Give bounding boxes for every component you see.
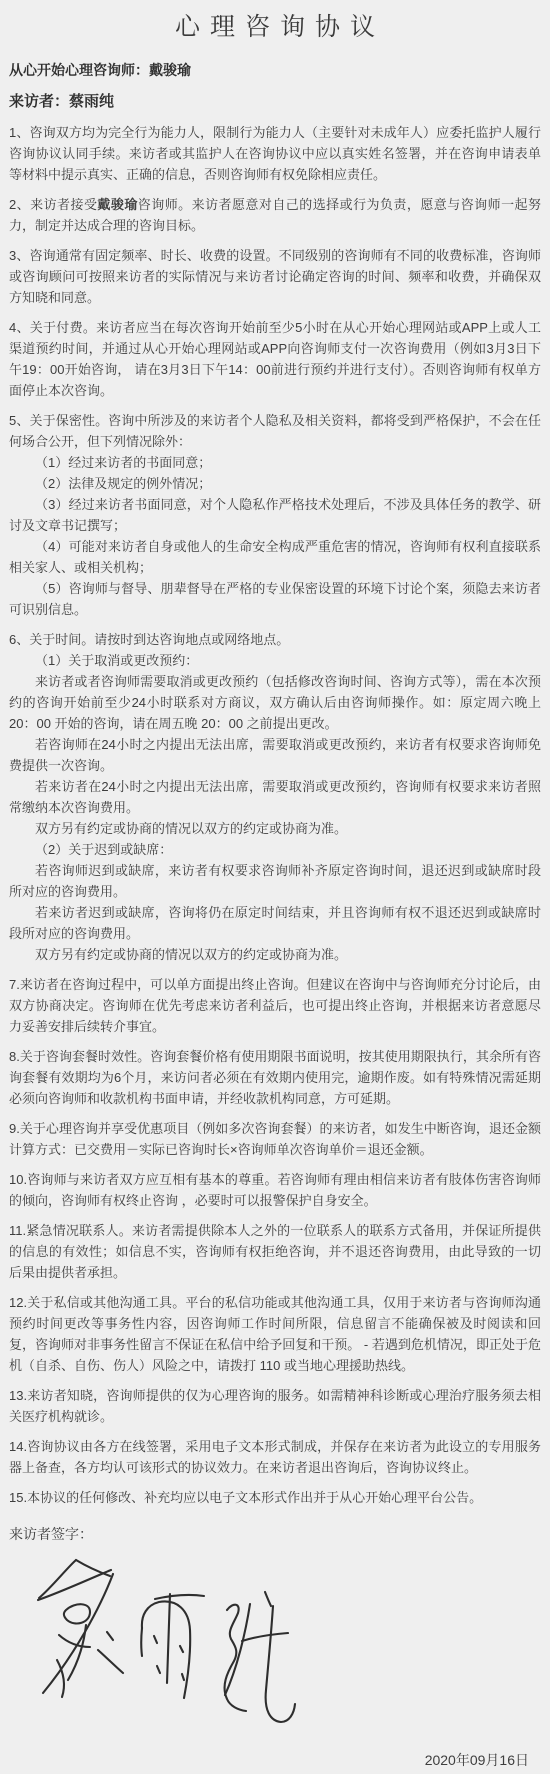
signature-date: 2020年09月16日	[9, 1750, 541, 1770]
clause-6-item-2: （2）关于迟到或缺席：	[9, 839, 541, 860]
clause-6-item-1-detail-2: 若咨询师在24小时之内提出无法出席，需要取消或更改预约，来访者有权要求咨询师免费…	[9, 734, 541, 776]
clause-5-item-3: （3）经过来访者书面同意，对个人隐私作严格技术处理后，不涉及具体任务的教学、研讨…	[9, 494, 541, 536]
agreement-document: 心理咨询协议 从心开始心理咨询师：戴骏瑜 来访者：蔡雨纯 1、咨询双方均为完全行…	[0, 0, 550, 1774]
visitor-sign-label: 来访者签字：	[9, 1524, 541, 1544]
clause-2-prefix: 2、来访者接受	[9, 197, 97, 212]
clause-6-item-1-detail-1: 来访者或者咨询师需要取消或更改预约（包括修改咨询时间、咨询方式等），需在本次预约…	[9, 671, 541, 734]
clause-6-item-1: （1）关于取消或更改预约：	[9, 650, 541, 671]
clause-6-item-1-detail-3: 若来访者在24小时之内提出无法出席，需要取消或更改预约，咨询师有权要求来访者照常…	[9, 776, 541, 818]
visitor-signature-image	[37, 1554, 299, 1744]
clause-5: 5、关于保密性。咨询中所涉及的来访者个人隐私及相关资料，都将受到严格保护，不会在…	[9, 410, 541, 452]
clause-13: 13.来访者知晓，咨询师提供的仅为心理咨询的服务。如需精神科诊断或心理治疗服务须…	[9, 1385, 541, 1427]
clause-4: 4、关于付费。来访者应当在每次咨询开始前至少5小时在从心开始心理网站或APP上或…	[9, 317, 541, 401]
signature-strokes	[37, 1554, 299, 1744]
visitor-name-line: 来访者：蔡雨纯	[9, 91, 541, 113]
clause-3: 3、咨询通常有固定频率、时长、收费的设置。不同级别的咨询师有不同的收费标准，咨询…	[9, 245, 541, 308]
clause-2: 2、来访者接受戴骏瑜咨询师。来访者愿意对自己的选择或行为负责，愿意与咨询师一起努…	[9, 194, 541, 236]
clause-2-counselor-name: 戴骏瑜	[97, 197, 137, 212]
clause-15: 15.本协议的任何修改、补充均应以电子文本形式作出并于从心开始心理平台公告。	[9, 1487, 541, 1508]
clause-6-item-2-detail-3: 双方另有约定或协商的情况以双方的约定或协商为准。	[9, 944, 541, 965]
clause-5-item-4: （4）可能对来访者自身或他人的生命安全构成严重危害的情况，咨询师有权利直接联系相…	[9, 536, 541, 578]
clause-6: 6、关于时间。请按时到达咨询地点或网络地点。	[9, 629, 541, 650]
clause-14: 14.咨询协议由各方在线签署，采用电子文本形式制成，并保存在来访者为此设立的专用…	[9, 1436, 541, 1478]
clause-9: 9.关于心理咨询并享受优惠项目（例如多次咨询套餐）的来访者，如发生中断咨询，退还…	[9, 1118, 541, 1160]
clause-12: 12.关于私信或其他沟通工具。平台的私信功能或其他沟通工具，仅用于来访者与咨询师…	[9, 1292, 541, 1376]
clause-5-item-5: （5）咨询师与督导、朋辈督导在严格的专业保密设置的环境下讨论个案，须隐去来访者可…	[9, 578, 541, 620]
clause-5-item-2: （2）法律及规定的例外情况；	[9, 473, 541, 494]
clause-6-item-1-detail-4: 双方另有约定或协商的情况以双方的约定或协商为准。	[9, 818, 541, 839]
counselor-name-line: 从心开始心理咨询师：戴骏瑜	[9, 60, 541, 80]
clause-10: 10.咨询师与来访者双方应互相有基本的尊重。若咨询师有理由相信来访者有肢体伤害咨…	[9, 1169, 541, 1211]
clause-6-item-2-detail-2: 若来访者迟到或缺席，咨询将仍在原定时间结束，并且咨询师有权不退还迟到或缺席时段所…	[9, 902, 541, 944]
page-title: 心理咨询协议	[9, 10, 541, 44]
clause-1: 1、咨询双方均为完全行为能力人，限制行为能力人（主要针对未成年人）应委托监护人履…	[9, 122, 541, 185]
clause-7: 7.来访者在咨询过程中，可以单方面提出终止咨询。但建议在咨询中与咨询师充分讨论后…	[9, 974, 541, 1037]
clause-8: 8.关于咨询套餐时效性。咨询套餐价格有使用期限书面说明，按其使用期限执行，其余所…	[9, 1046, 541, 1109]
clause-11: 11.紧急情况联系人。来访者需提供除本人之外的一位联系人的联系方式备用，并保证所…	[9, 1220, 541, 1283]
clause-5-item-1: （1）经过来访者的书面同意；	[9, 452, 541, 473]
clause-6-item-2-detail-1: 若咨询师迟到或缺席，来访者有权要求咨询师补齐原定咨询时间，退还迟到或缺席时段所对…	[9, 860, 541, 902]
